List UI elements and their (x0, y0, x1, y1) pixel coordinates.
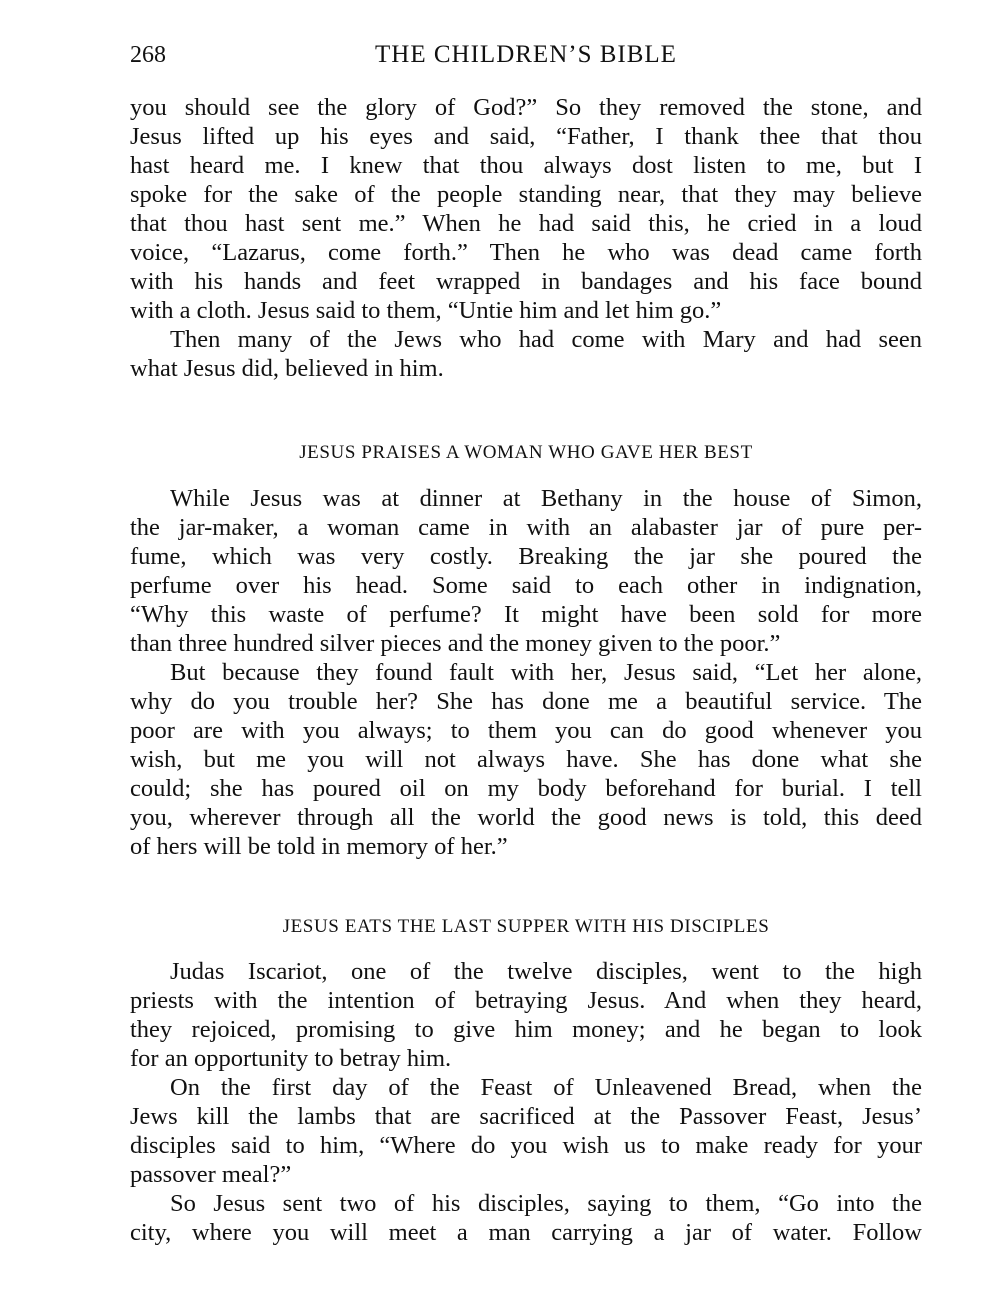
text-line: priests with the intention of betraying … (130, 986, 922, 1015)
text-line: spoke for the sake of the people standin… (130, 180, 922, 209)
text-line: poor are with you always; to them you ca… (130, 716, 922, 745)
text-line: why do you trouble her? She has done me … (130, 687, 922, 716)
section-body-woman: While Jesus was at dinner at Bethany in … (130, 484, 922, 861)
section-heading-last-supper: JESUS EATS THE LAST SUPPER WITH HIS DISC… (130, 914, 922, 940)
text-line: they rejoiced, promising to give him mon… (130, 1015, 922, 1044)
text-line: wish, but me you will not always have. S… (130, 745, 922, 774)
text-line: disciples said to him, “Where do you wis… (130, 1131, 922, 1160)
section-body-last-supper: Judas Iscariot, one of the twelve discip… (130, 957, 922, 1247)
text-line: While Jesus was at dinner at Bethany in … (130, 484, 922, 513)
text-line: of hers will be told in memory of her.” (130, 832, 922, 861)
text-line: that thou hast sent me.” When he had sai… (130, 209, 922, 238)
text-line: perfume over his head. Some said to each… (130, 571, 922, 600)
text-line: voice, “Lazarus, come forth.” Then he wh… (130, 238, 922, 267)
text-line: the jar-maker, a woman came in with an a… (130, 513, 922, 542)
text-line: for an opportunity to betray him. (130, 1044, 922, 1073)
text-line: On the first day of the Feast of Unleave… (130, 1073, 922, 1102)
running-head: 268 THE CHILDREN’S BIBLE (130, 38, 922, 72)
text-line: with a cloth. Jesus said to them, “Untie… (130, 296, 922, 325)
text-line: what Jesus did, believed in him. (130, 354, 922, 383)
text-line: could; she has poured oil on my body bef… (130, 774, 922, 803)
book-page: 268 THE CHILDREN’S BIBLE you should see … (0, 0, 1000, 1310)
text-line: city, where you will meet a man carrying… (130, 1218, 922, 1247)
intro-text: you should see the glory of God?” So the… (130, 93, 922, 383)
text-line: hast heard me. I knew that thou always d… (130, 151, 922, 180)
text-line: than three hundred silver pieces and the… (130, 629, 922, 658)
text-line: Judas Iscariot, one of the twelve discip… (130, 957, 922, 986)
text-line: But because they found fault with her, J… (130, 658, 922, 687)
text-line: Jews kill the lambs that are sacrificed … (130, 1102, 922, 1131)
book-title: THE CHILDREN’S BIBLE (130, 38, 922, 72)
text-line: Jesus lifted up his eyes and said, “Fath… (130, 122, 922, 151)
text-line: passover meal?” (130, 1160, 922, 1189)
text-line: with his hands and feet wrapped in banda… (130, 267, 922, 296)
text-line: you should see the glory of God?” So the… (130, 93, 922, 122)
text-line: fume, which was very costly. Breaking th… (130, 542, 922, 571)
text-line: you, wherever through all the world the … (130, 803, 922, 832)
text-line: So Jesus sent two of his disciples, sayi… (130, 1189, 922, 1218)
section-heading-woman: JESUS PRAISES A WOMAN WHO GAVE HER BEST (130, 440, 922, 466)
text-line: “Why this waste of perfume? It might hav… (130, 600, 922, 629)
text-line: Then many of the Jews who had come with … (130, 325, 922, 354)
